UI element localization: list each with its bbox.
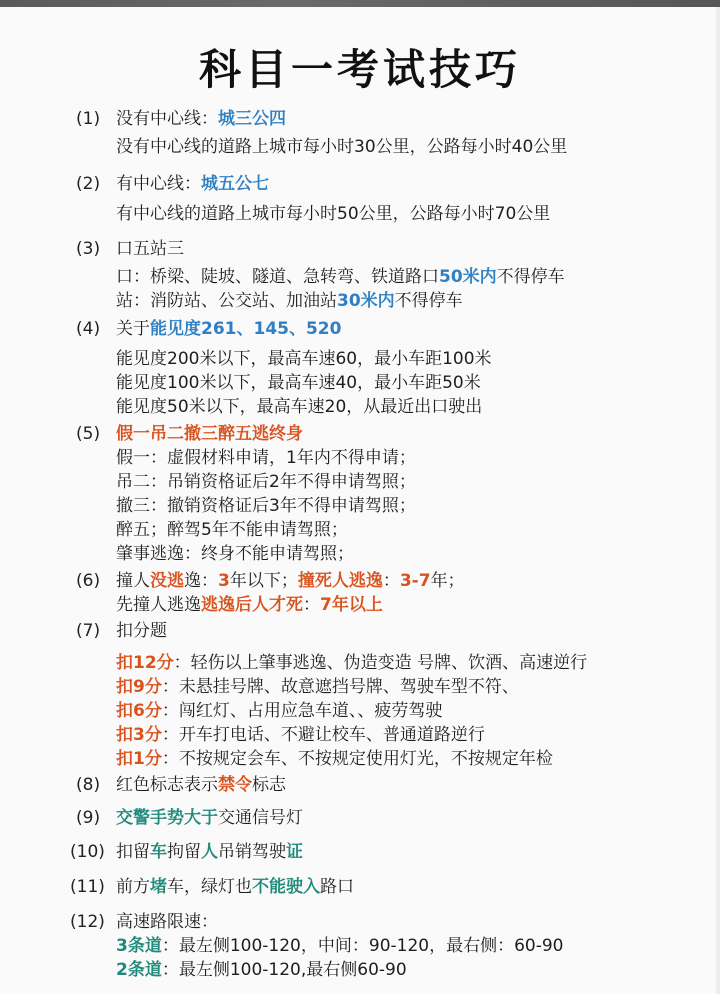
lane-label: 3条道 xyxy=(116,936,162,956)
top-bar xyxy=(0,0,720,7)
line-text: 不得停车 xyxy=(395,291,463,311)
line-text: 年以下； xyxy=(230,571,298,591)
section-heading: 没有中心线： xyxy=(116,109,218,129)
section-heading: 扣分题 xyxy=(116,621,167,641)
line-highlight: 50米内 xyxy=(439,267,497,287)
penalty-item: 扣1分：不按规定会车、不按规定使用灯光，不按规定年检 xyxy=(76,747,587,771)
section-12: (12)高速路限速： 3条道：最左侧100-120，中间：90-120，最右侧：… xyxy=(76,910,564,982)
section-9: (9)交警手势大于交通信号灯 xyxy=(76,806,303,830)
section-number: (1) xyxy=(76,107,116,131)
penalty-label: 扣1分 xyxy=(116,749,162,769)
section-number: (5) xyxy=(76,422,116,446)
section-line: 站：消防站、公交站、加油站30米内不得停车 xyxy=(76,289,565,313)
line-highlight: 禁令 xyxy=(218,775,252,795)
section-line: 能见度50米以下，最高车速20，从最近出口驶出 xyxy=(76,395,492,419)
heading-highlight: 城三公四 xyxy=(218,109,286,129)
page-title: 科目一考试技巧 xyxy=(0,37,720,97)
line-text: ： xyxy=(383,571,400,591)
line-highlight: 车 xyxy=(150,842,167,862)
section-number: (2) xyxy=(76,172,116,196)
section-6: (6)撞人没逃逸：3年以下；撞死人逃逸：3-7年； 先撞人逃逸逃逸后人才死：7年… xyxy=(76,569,465,617)
section-number: (11) xyxy=(70,875,116,899)
line-text: 撞人 xyxy=(116,571,150,591)
section-10: (10)扣留车拘留人吊销驾驶证 xyxy=(76,840,303,864)
line-highlight: 30米内 xyxy=(337,291,395,311)
penalty-text: ：未悬挂号牌、故意遮挡号牌、驾驶车型不符、 xyxy=(162,677,519,697)
penalty-text: ：闯红灯、占用应急车道、、疲劳驾驶 xyxy=(162,701,443,721)
section-line: 口：桥梁、陡坡、隧道、急转弯、铁道路口50米内不得停车 xyxy=(76,265,565,289)
section-11: (11)前方堵车，绿灯也不能驶入路口 xyxy=(76,875,354,899)
penalty-label: 扣12分 xyxy=(116,653,174,673)
heading-highlight: 城五公七 xyxy=(201,174,269,194)
line-text: 站：消防站、公交站、加油站 xyxy=(116,291,337,311)
section-number: (6) xyxy=(76,569,116,593)
section-line: 能见度100米以下，最高车速40，最小车距50米 xyxy=(76,371,492,395)
section-1: (1)没有中心线：城三公四 没有中心线的道路上城市每小时30公里，公路每小时40… xyxy=(76,107,567,159)
line-highlight: 7年以上 xyxy=(320,595,383,615)
penalty-label: 扣9分 xyxy=(116,677,162,697)
section-number: (7) xyxy=(76,619,116,643)
section-3: (3)口五站三 口：桥梁、陡坡、隧道、急转弯、铁道路口50米内不得停车 站：消防… xyxy=(76,237,565,313)
penalty-label: 扣6分 xyxy=(116,701,162,721)
line-highlight: 不能驶入 xyxy=(252,877,320,897)
line-highlight: 3 xyxy=(218,571,230,591)
line-highlight: 交警手势大于 xyxy=(116,808,218,828)
section-line: 醉五；醉驾5年不能申请驾照； xyxy=(76,518,416,542)
line-text: 车，绿灯也 xyxy=(167,877,252,897)
line-highlight: 撞死人逃逸 xyxy=(298,571,383,591)
line-text: 红色标志表示 xyxy=(116,775,218,795)
lane-text: ：最左侧100-120,最右侧60-90 xyxy=(162,960,407,980)
line-text: 吊销驾驶 xyxy=(218,842,286,862)
section-heading: 高速路限速： xyxy=(116,912,218,932)
section-number: (8) xyxy=(76,773,116,797)
section-line: 没有中心线的道路上城市每小时30公里，公路每小时40公里 xyxy=(76,135,567,159)
section-heading: 关于 xyxy=(116,319,150,339)
line-text: 扣留 xyxy=(116,842,150,862)
line-text: 年； xyxy=(431,571,465,591)
line-text: 交通信号灯 xyxy=(218,808,303,828)
section-line: 有中心线的道路上城市每小时50公里，公路每小时70公里 xyxy=(76,202,550,226)
line-highlight: 没逃 xyxy=(150,571,184,591)
section-line: 撤三：撤销资格证后3年不得申请驾照； xyxy=(76,494,416,518)
lane-text: ：最左侧100-120，中间：90-120，最右侧：60-90 xyxy=(162,936,564,956)
penalty-text: ：开车打电话、不避让校车、普通道路逆行 xyxy=(162,725,485,745)
speed-limit-item: 3条道：最左侧100-120，中间：90-120，最右侧：60-90 xyxy=(76,934,564,958)
line-text: ： xyxy=(303,595,320,615)
penalty-item: 扣12分：轻伤以上肇事逃逸、伪造变造 号牌、饮酒、高速逆行 xyxy=(76,651,587,675)
lane-label: 2条道 xyxy=(116,960,162,980)
section-number: (12) xyxy=(70,910,116,934)
line-text: 标志 xyxy=(252,775,286,795)
penalty-item: 扣9分：未悬挂号牌、故意遮挡号牌、驾驶车型不符、 xyxy=(76,675,587,699)
section-2: (2)有中心线：城五公七 有中心线的道路上城市每小时50公里，公路每小时70公里 xyxy=(76,172,550,226)
penalty-text: ：轻伤以上肇事逃逸、伪造变造 号牌、饮酒、高速逆行 xyxy=(174,653,587,673)
line-text: 不得停车 xyxy=(497,267,565,287)
document-page: 科目一考试技巧 (1)没有中心线：城三公四 没有中心线的道路上城市每小时30公里… xyxy=(0,7,720,994)
speed-limit-item: 2条道：最左侧100-120,最右侧60-90 xyxy=(76,958,564,982)
line-text: 拘留 xyxy=(167,842,201,862)
section-number: (10) xyxy=(70,840,116,864)
section-number: (3) xyxy=(76,237,116,261)
section-heading: 有中心线： xyxy=(116,174,201,194)
section-8: (8)红色标志表示禁令标志 xyxy=(76,773,286,797)
line-highlight: 证 xyxy=(286,842,303,862)
heading-highlight: 假一吊二撤三醉五逃终身 xyxy=(116,424,303,444)
section-heading: 口五站三 xyxy=(116,239,184,259)
section-line: 吊二：吊销资格证后2年不得申请驾照； xyxy=(76,470,416,494)
line-highlight: 堵 xyxy=(150,877,167,897)
section-line: 假一：虚假材料申请，1年内不得申请； xyxy=(76,446,416,470)
line-text: 逸： xyxy=(184,571,218,591)
line-text: 路口 xyxy=(320,877,354,897)
line-text: 前方 xyxy=(116,877,150,897)
section-line: 能见度200米以下，最高车速60，最小车距100米 xyxy=(76,347,492,371)
line-text: 口：桥梁、陡坡、隧道、急转弯、铁道路口 xyxy=(116,267,439,287)
line-highlight: 人 xyxy=(201,842,218,862)
line-highlight: 3-7 xyxy=(400,571,431,591)
section-4: (4)关于能见度261、145、520 能见度200米以下，最高车速60，最小车… xyxy=(76,317,492,419)
section-7: (7)扣分题 扣12分：轻伤以上肇事逃逸、伪造变造 号牌、饮酒、高速逆行 扣9分… xyxy=(76,619,587,771)
section-line: 肇事逃逸：终身不能申请驾照； xyxy=(76,542,416,566)
section-5: (5)假一吊二撤三醉五逃终身 假一：虚假材料申请，1年内不得申请； 吊二：吊销资… xyxy=(76,422,416,566)
line-text: 先撞人逃逸 xyxy=(116,595,201,615)
penalty-item: 扣6分：闯红灯、占用应急车道、、疲劳驾驶 xyxy=(76,699,587,723)
section-number: (9) xyxy=(76,806,116,830)
penalty-label: 扣3分 xyxy=(116,725,162,745)
section-number: (4) xyxy=(76,317,116,341)
penalty-text: ：不按规定会车、不按规定使用灯光，不按规定年检 xyxy=(162,749,553,769)
heading-highlight: 能见度261、145、520 xyxy=(150,319,341,339)
penalty-item: 扣3分：开车打电话、不避让校车、普通道路逆行 xyxy=(76,723,587,747)
line-highlight: 逃逸后人才死 xyxy=(201,595,303,615)
